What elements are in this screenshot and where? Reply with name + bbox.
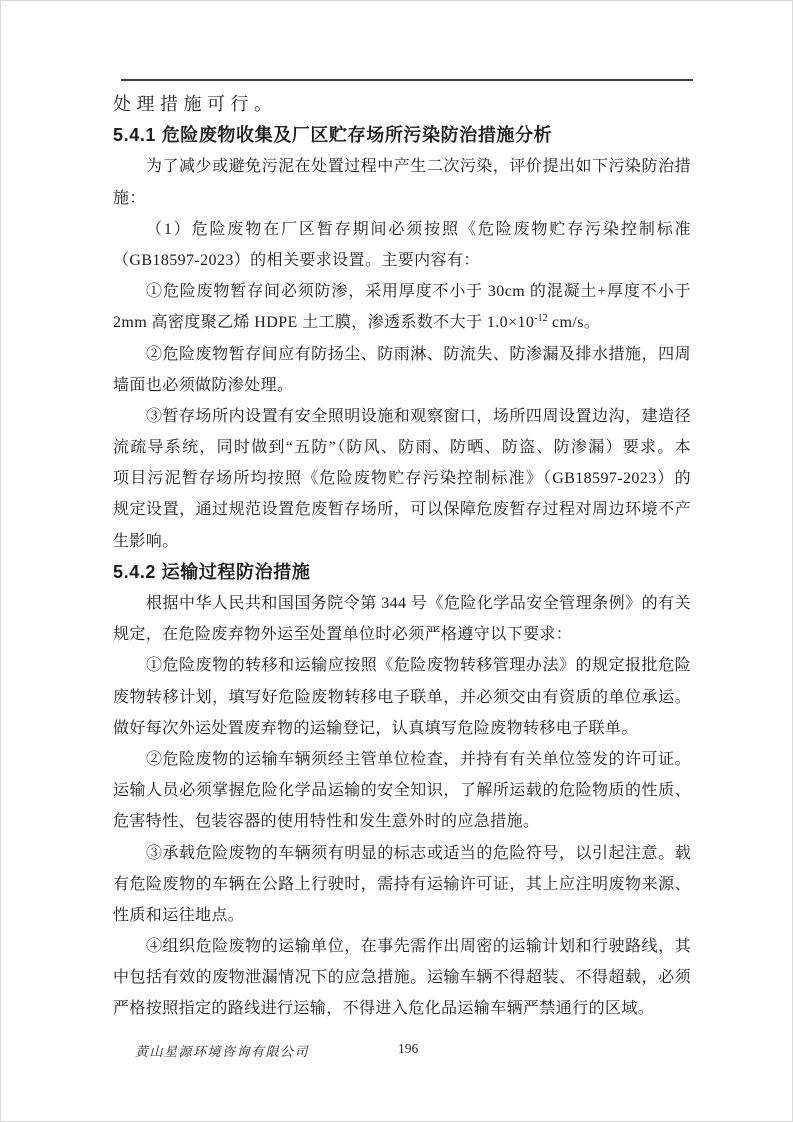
text-line: ④组织危险废物的运输单位，在事先需作出周密的运输计划和行驶路线，其 [113, 931, 691, 962]
text-line: 中包括有效的废物泄漏情况下的应急措施。运输车辆不得超装、不得超载，必须 [113, 962, 691, 993]
text-line: 性质和运往地点。 [113, 900, 691, 931]
document-body: 处理措施可行。5.4.1 危险废物收集及厂区贮存场所污染防治措施分析为了减少或避… [113, 89, 691, 1025]
text-line: 流疏导系统，同时做到“五防”（防风、防雨、防晒、防盗、防渗漏）要求。本 [113, 432, 691, 463]
text-line: 危害特性、包装容器的使用特性和发生意外时的应急措施。 [113, 806, 691, 837]
text-line: 为了减少或避免污泥在处置过程中产生二次污染，评价提出如下污染防治措 [113, 151, 691, 182]
text-line: 废物转移计划，填写好危险废物转移电子联单，并必须交由有资质的单位承运。 [113, 682, 691, 713]
text-line: 墙面也必须做防渗处理。 [113, 370, 691, 401]
footer-page-number: 196 [398, 1041, 418, 1057]
text-line: 处理措施可行。 [113, 89, 691, 120]
section-heading: 5.4.2 运输过程防治措施 [113, 557, 691, 588]
text-line: 有危险废物的车辆在公路上行驶时，需持有运输许可证，其上应注明废物来源、 [113, 869, 691, 900]
superscript-exponent: -12 [534, 313, 547, 324]
text-line: 严格按照指定的路线进行运输，不得进入危化品运输车辆严禁通行的区域。 [113, 993, 691, 1024]
text-line: ③暂存场所内设置有安全照明设施和观察窗口，场所四周设置边沟，建造径 [113, 401, 691, 432]
text-line: 生影响。 [113, 526, 691, 557]
text-line: ③承载危险废物的车辆须有明显的标志或适当的危险符号，以引起注意。载 [113, 838, 691, 869]
text-line: （1）危险废物在厂区暂存期间必须按照《危险废物贮存污染控制标准 [113, 214, 691, 245]
text-line: ②危险废物的运输车辆须经主管单位检查，并持有有关单位签发的许可证。 [113, 744, 691, 775]
text-line: 规定设置，通过规范设置危废暂存场所，可以保障危废暂存过程对周边环境不产 [113, 494, 691, 525]
text-line: 2mm 高密度聚乙烯 HDPE 土工膜，渗透系数不大于 1.0×10-12 cm… [113, 307, 691, 338]
text-line: （GB18597-2023）的相关要求设置。主要内容有： [113, 245, 691, 276]
text-line: 项目污泥暂存场所均按照《危险废物贮存污染控制标准》（GB18597-2023）的 [113, 463, 691, 494]
text-line: 根据中华人民共和国国务院令第 344 号《危险化学品安全管理条例》的有关 [113, 588, 691, 619]
header-rule [121, 79, 693, 81]
text-line: 规定，在危险废弃物外运至处置单位时必须严格遵守以下要求： [113, 619, 691, 650]
text-line: 做好每次外运处置废弃物的运输登记，认真填写危险废物转移电子联单。 [113, 713, 691, 744]
text-line: 运输人员必须掌握危险化学品运输的安全知识，了解所运载的危险物质的性质、 [113, 775, 691, 806]
text-line: 施： [113, 183, 691, 214]
section-heading: 5.4.1 危险废物收集及厂区贮存场所污染防治措施分析 [113, 120, 691, 151]
document-page: 处理措施可行。5.4.1 危险废物收集及厂区贮存场所污染防治措施分析为了减少或避… [0, 0, 793, 1122]
text-line: ①危险废物的转移和运输应按照《危险废物转移管理办法》的规定报批危险 [113, 650, 691, 681]
footer-company-name: 黄山星源环境咨询有限公司 [135, 1041, 309, 1060]
text-line: ①危险废物暂存间必须防渗，采用厚度不小于 30cm 的混凝土+厚度不小于 [113, 276, 691, 307]
footer: 黄山星源环境咨询有限公司 196 [1, 1037, 793, 1061]
text-line: ②危险废物暂存间应有防扬尘、防雨淋、防流失、防渗漏及排水措施，四周 [113, 339, 691, 370]
